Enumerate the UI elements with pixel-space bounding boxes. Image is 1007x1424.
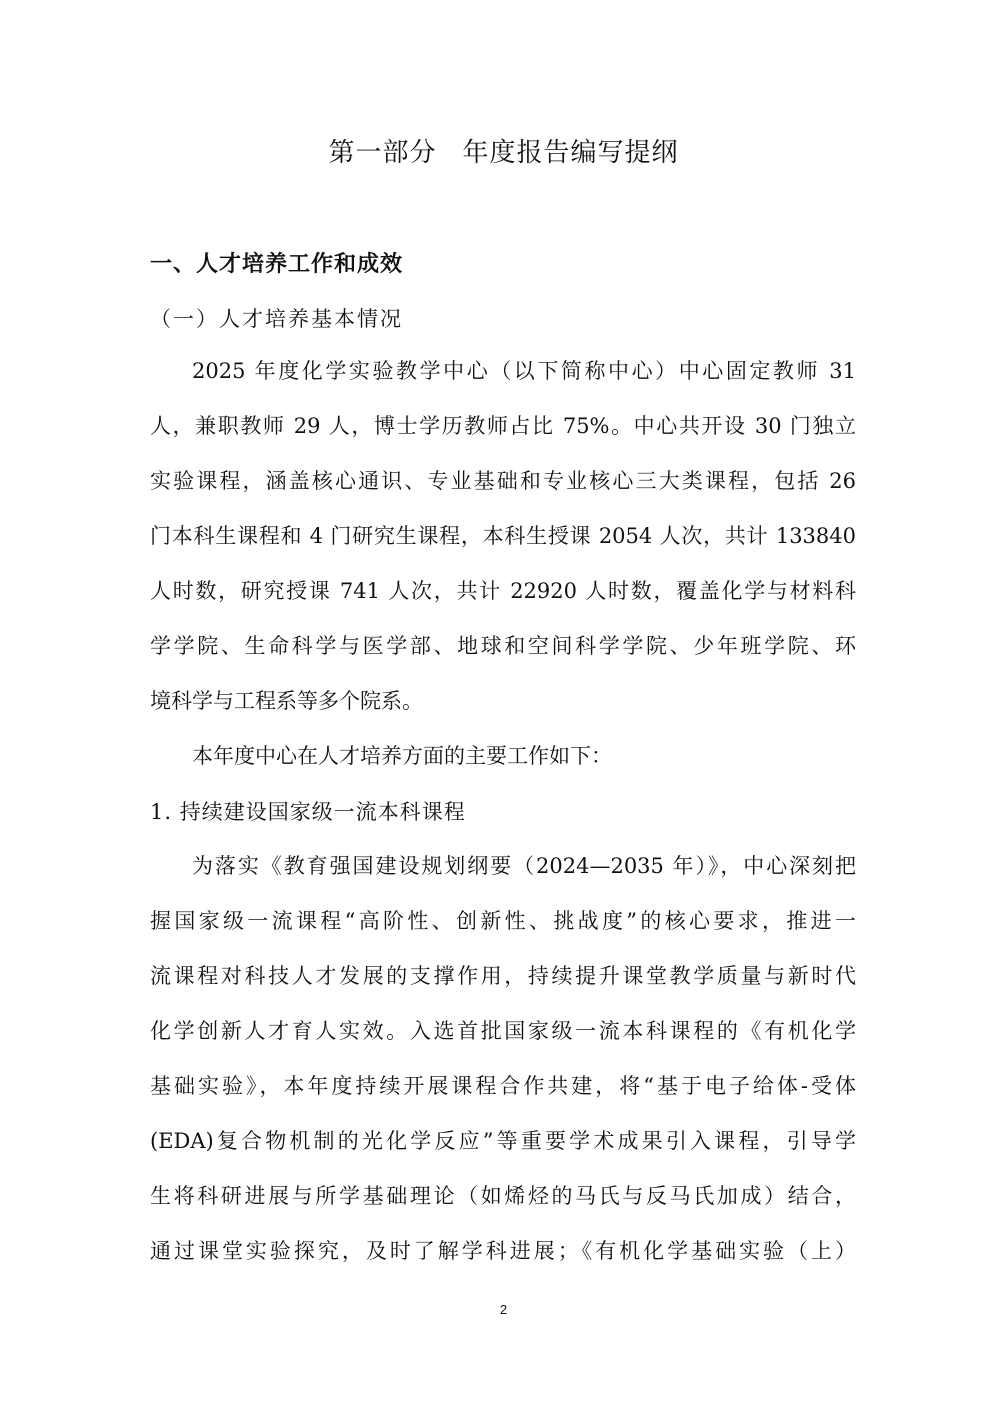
paragraph1-line: 人时数，研究授课 741 人次，共计 22920 人时数，覆盖化学与材料科 [150,576,856,606]
paragraph1-line: 实验课程，涵盖核心通识、专业基础和专业核心三大类课程，包括 26 [150,466,856,496]
page-title: 第一部分年度报告编写提纲 [0,132,1007,169]
section-heading: 一、人才培养工作和成效 [150,247,403,278]
paragraph3-line: 生将科研进展与所学基础理论（如烯烃的马氏与反马氏加成）结合， [150,1181,856,1211]
paragraph1-line: 境科学与工程系等多个院系。 [150,686,856,716]
paragraph2: 本年度中心在人才培养方面的主要工作如下： [192,741,856,771]
page-number: 2 [0,1302,1007,1317]
paragraph1-line: 人，兼职教师 29 人，博士学历教师占比 75%。中心共开设 30 门独立 [150,411,856,441]
paragraph3-line: 流课程对科技人才发展的支撑作用，持续提升课堂教学质量与新时代 [150,961,856,991]
title-part: 第一部分 [328,138,436,168]
document-page: 第一部分年度报告编写提纲 一、人才培养工作和成效 （一）人才培养基本情况 202… [0,0,1007,1424]
paragraph1-line: 学学院、生命科学与医学部、地球和空间科学学院、少年班学院、环 [150,631,856,661]
paragraph3-line: 通过课堂实验探究，及时了解学科进展；《有机化学基础实验（上） [150,1236,856,1266]
paragraph1-line: 2025 年度化学实验教学中心（以下简称中心）中心固定教师 31 [192,356,856,386]
paragraph3-line: 基础实验》，本年度持续开展课程合作共建，将“基于电子给体-受体 [150,1071,856,1101]
title-main: 年度报告编写提纲 [463,138,679,168]
paragraph3-line: 化学创新人才育人实效。入选首批国家级一流本科课程的《有机化学 [150,1016,856,1046]
paragraph1-line: 门本科生课程和 4 门研究生课程，本科生授课 2054 人次，共计 133840 [150,521,856,551]
paragraph3-line: (EDA)复合物机制的光化学反应”等重要学术成果引入课程，引导学 [150,1126,856,1156]
paragraph3-line: 为落实《教育强国建设规划纲要（2024—2035 年）》，中心深刻把 [192,851,856,881]
item1-heading: 1. 持续建设国家级一流本科课程 [150,796,466,826]
subsection-heading: （一）人才培养基本情况 [150,303,403,333]
paragraph3-line: 握国家级一流课程“高阶性、创新性、挑战度”的核心要求，推进一 [150,906,856,936]
